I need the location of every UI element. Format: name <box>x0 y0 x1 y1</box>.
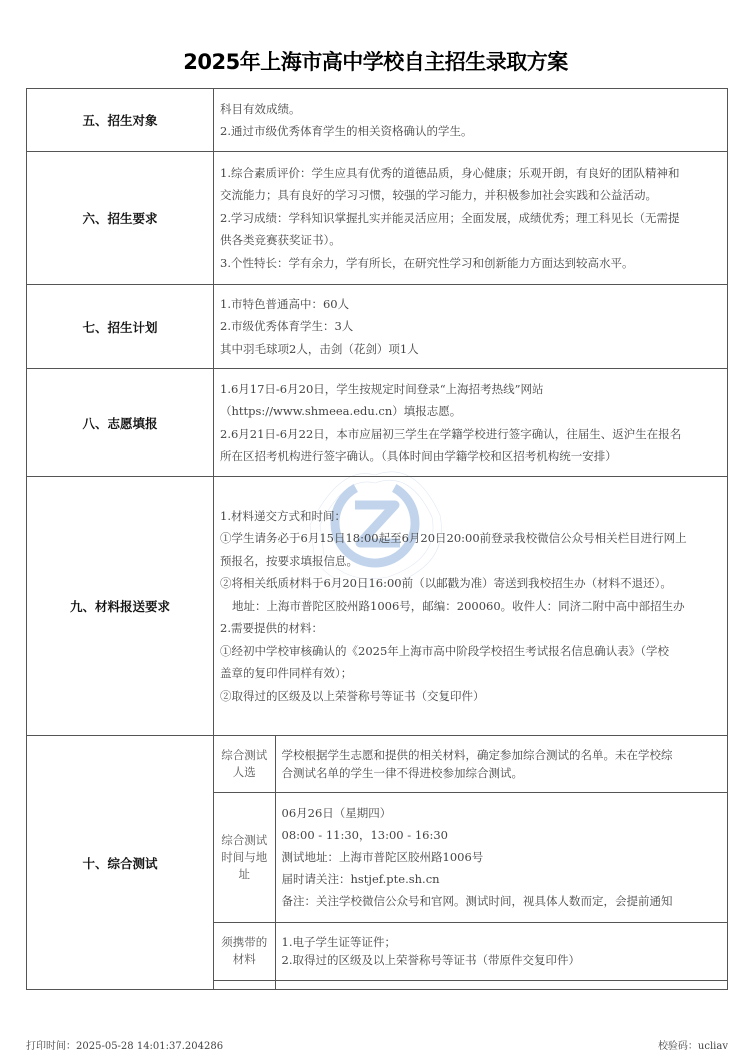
section-label: 八、志愿填报 <box>27 369 214 477</box>
section-label: 六、招生要求 <box>27 152 214 285</box>
text-line: 供各类竞赛获奖证书）。 <box>220 229 722 252</box>
section-body: 1.6月17日-6月20日，学生按规定时间登录“上海招考热线”网站 （https… <box>214 369 728 477</box>
text-line: ②将相关纸质材料于6月20日16:00前（以邮戳为准）寄送到我校招生办（材料不退… <box>220 572 722 595</box>
text-line: 06月26日（星期四） <box>282 802 722 824</box>
section-label: 十、综合测试 <box>27 736 214 990</box>
text-line: 2.通过市级优秀体育学生的相关资格确认的学生。 <box>220 120 722 143</box>
text-line: 届时请关注：hstjef.pte.sh.cn <box>282 868 722 890</box>
text-line: 2.学习成绩：学科知识掌握扎实并能灵活应用；全面发展，成绩优秀；理工科见长（无需… <box>220 207 722 230</box>
section-body: 综合测试人选 学校根据学生志愿和提供的相关材料，确定参加综合测试的名单。未在学校… <box>214 736 728 990</box>
subrow-label <box>214 980 275 989</box>
section-label: 五、招生对象 <box>27 89 214 152</box>
text-line: 1.6月17日-6月20日，学生按规定时间登录“上海招考热线”网站 <box>220 378 722 401</box>
subrow-materials: 须携带的材料 1.电子学生证等证件； 2.取得过的区级及以上荣誉称号等证书（带原… <box>214 922 727 980</box>
text-line: 2.需要提供的材料： <box>220 617 722 640</box>
verify-code: 校验码：ucliav <box>658 1037 728 1052</box>
subrow-candidates: 综合测试人选 学校根据学生志愿和提供的相关材料，确定参加综合测试的名单。未在学校… <box>214 736 727 792</box>
text-line: 备注：关注学校微信公众号和官网。测试时间，视具体人数而定，会提前通知 <box>282 890 722 912</box>
section-row-10: 十、综合测试 综合测试人选 学校根据学生志愿和提供的相关材料，确定参加综合测试的… <box>27 736 728 990</box>
text-line: 2.市级优秀体育学生：3人 <box>220 315 722 338</box>
subrow-label: 综合测试人选 <box>214 736 275 792</box>
text-line: （https://www.shmeea.edu.cn）填报志愿。 <box>220 400 722 423</box>
subrow-body: 06月26日（星期四） 08:00 - 11:30，13:00 - 16:30 … <box>275 792 727 922</box>
text-line: 1.电子学生证等证件； <box>282 933 722 951</box>
text-line: 1.综合素质评价：学生应具有优秀的道德品质，身心健康；乐观开朗，有良好的团队精神… <box>220 162 722 185</box>
text-line: 1.市特色普通高中：60人 <box>220 293 722 316</box>
section-row-5: 五、招生对象 科目有效成绩。 2.通过市级优秀体育学生的相关资格确认的学生。 <box>27 89 728 152</box>
text-line: 交流能力；具有良好的学习习惯，较强的学习能力，并积极参加社会实践和公益活动。 <box>220 184 722 207</box>
text-line: 2.取得过的区级及以上荣誉称号等证书（带原件交复印件） <box>282 951 722 969</box>
subrow-label: 须携带的材料 <box>214 922 275 980</box>
text-line: 预报名，按要求填报信息。 <box>220 550 722 573</box>
page-title: 2025年上海市高中学校自主招生录取方案 <box>0 46 751 76</box>
text-line: 盖章的复印件同样有效）； <box>220 662 722 685</box>
section-row-8: 八、志愿填报 1.6月17日-6月20日，学生按规定时间登录“上海招考热线”网站… <box>27 369 728 477</box>
text-line: 3.个性特长：学有余力，学有所长，在研究性学习和创新能力方面达到较高水平。 <box>220 252 722 275</box>
section-body: 1.综合素质评价：学生应具有优秀的道德品质，身心健康；乐观开朗，有良好的团队精神… <box>214 152 728 285</box>
text-line: ①经初中学校审核确认的《2025年上海市高中阶段学校招生考试报名信息确认表》（学… <box>220 640 722 663</box>
section-label: 七、招生计划 <box>27 285 214 369</box>
subrow-body: 1.电子学生证等证件； 2.取得过的区级及以上荣誉称号等证书（带原件交复印件） <box>275 922 727 980</box>
text-line: ②取得过的区级及以上荣誉称号等证书（交复印件） <box>220 685 722 708</box>
text-line: 08:00 - 11:30，13:00 - 16:30 <box>282 824 722 846</box>
text-line: 所在区招考机构进行签字确认。（具体时间由学籍学校和区招考机构统一安排） <box>220 445 722 468</box>
text-line: 1.材料递交方式和时间： <box>220 505 722 528</box>
section-body: 1.市特色普通高中：60人 2.市级优秀体育学生：3人 其中羽毛球项2人，击剑（… <box>214 285 728 369</box>
admission-plan-table: 五、招生对象 科目有效成绩。 2.通过市级优秀体育学生的相关资格确认的学生。 六… <box>26 88 728 990</box>
section-label: 九、材料报送要求 <box>27 477 214 736</box>
text-line: ①学生请务必于6月15日18:00起至6月20日20:00前登录我校微信公众号相… <box>220 527 722 550</box>
print-time: 打印时间：2025-05-28 14:01:37.204286 <box>26 1037 223 1052</box>
section-row-7: 七、招生计划 1.市特色普通高中：60人 2.市级优秀体育学生：3人 其中羽毛球… <box>27 285 728 369</box>
section-body: 科目有效成绩。 2.通过市级优秀体育学生的相关资格确认的学生。 <box>214 89 728 152</box>
subrow-body: 学校根据学生志愿和提供的相关材料，确定参加综合测试的名单。未在学校综 合测试名单… <box>275 736 727 792</box>
text-line: 2.6月21日-6月22日，本市应届初三学生在学籍学校进行签字确认，往届生、返沪… <box>220 423 722 446</box>
text-line: 科目有效成绩。 <box>220 98 722 121</box>
text-line: 测试地址：上海市普陀区胶州路1006号 <box>282 846 722 868</box>
text-line: 学校根据学生志愿和提供的相关材料，确定参加综合测试的名单。未在学校综 <box>282 746 722 764</box>
text-line: 合测试名单的学生一律不得进校参加综合测试。 <box>282 764 722 782</box>
subrow-time-address: 综合测试时间与地址 06月26日（星期四） 08:00 - 11:30，13:0… <box>214 792 727 922</box>
subrow-empty <box>214 980 727 989</box>
subrow-label: 综合测试时间与地址 <box>214 792 275 922</box>
subrow-body <box>275 980 727 989</box>
section-row-9: 九、材料报送要求 1.材料递交方式和时间： ①学生请务必于6月15日18:00起… <box>27 477 728 736</box>
section-body: 1.材料递交方式和时间： ①学生请务必于6月15日18:00起至6月20日20:… <box>214 477 728 736</box>
text-line: 其中羽毛球项2人，击剑（花剑）项1人 <box>220 338 722 361</box>
comprehensive-test-subtable: 综合测试人选 学校根据学生志愿和提供的相关材料，确定参加综合测试的名单。未在学校… <box>214 736 727 989</box>
section-row-6: 六、招生要求 1.综合素质评价：学生应具有优秀的道德品质，身心健康；乐观开朗，有… <box>27 152 728 285</box>
text-line: 地址：上海市普陀区胶州路1006号，邮编：200060。收件人：同济二附中高中部… <box>220 595 722 618</box>
